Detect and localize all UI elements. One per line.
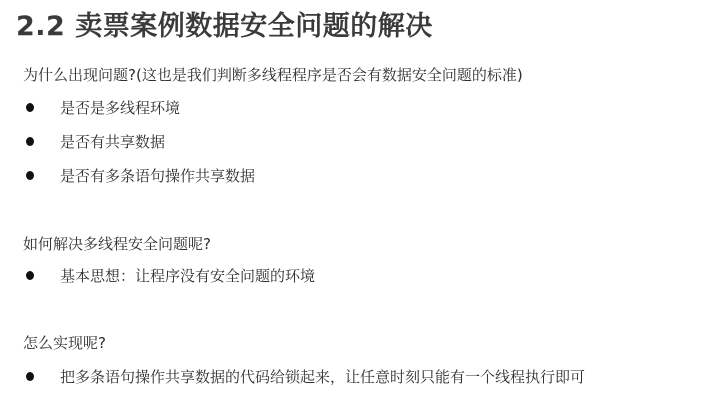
bullet-icon (26, 171, 34, 180)
list-item-text: 是否有多条语句操作共享数据 (60, 165, 255, 186)
list-item: 把多条语句操作共享数据的代码给锁起来，让任意时刻只能有一个线程执行即可 (23, 366, 585, 387)
list-item: 是否是多线程环境 (23, 97, 180, 118)
bullet-icon (26, 103, 34, 112)
bullet-icon (26, 137, 34, 146)
bullet-icon (26, 271, 34, 280)
list-item-text: 把多条语句操作共享数据的代码给锁起来，让任意时刻只能有一个线程执行即可 (60, 366, 585, 387)
section-question-how-implement: 怎么实现呢? (23, 332, 106, 353)
section-question-why: 为什么出现问题?(这也是我们判断多线程程序是否会有数据安全问题的标准) (23, 64, 523, 85)
section-question-how-solve: 如何解决多线程安全问题呢? (23, 233, 211, 254)
list-item: 基本思想：让程序没有安全问题的环境 (23, 265, 315, 286)
list-item: 是否有多条语句操作共享数据 (23, 165, 255, 186)
bullet-icon (26, 372, 34, 381)
list-item: 是否有共享数据 (23, 131, 165, 152)
page-title: 2.2 卖票案例数据安全问题的解决 (16, 4, 433, 43)
list-item-text: 是否有共享数据 (60, 131, 165, 152)
list-item-text: 基本思想：让程序没有安全问题的环境 (60, 265, 315, 286)
list-item-text: 是否是多线程环境 (60, 97, 180, 118)
